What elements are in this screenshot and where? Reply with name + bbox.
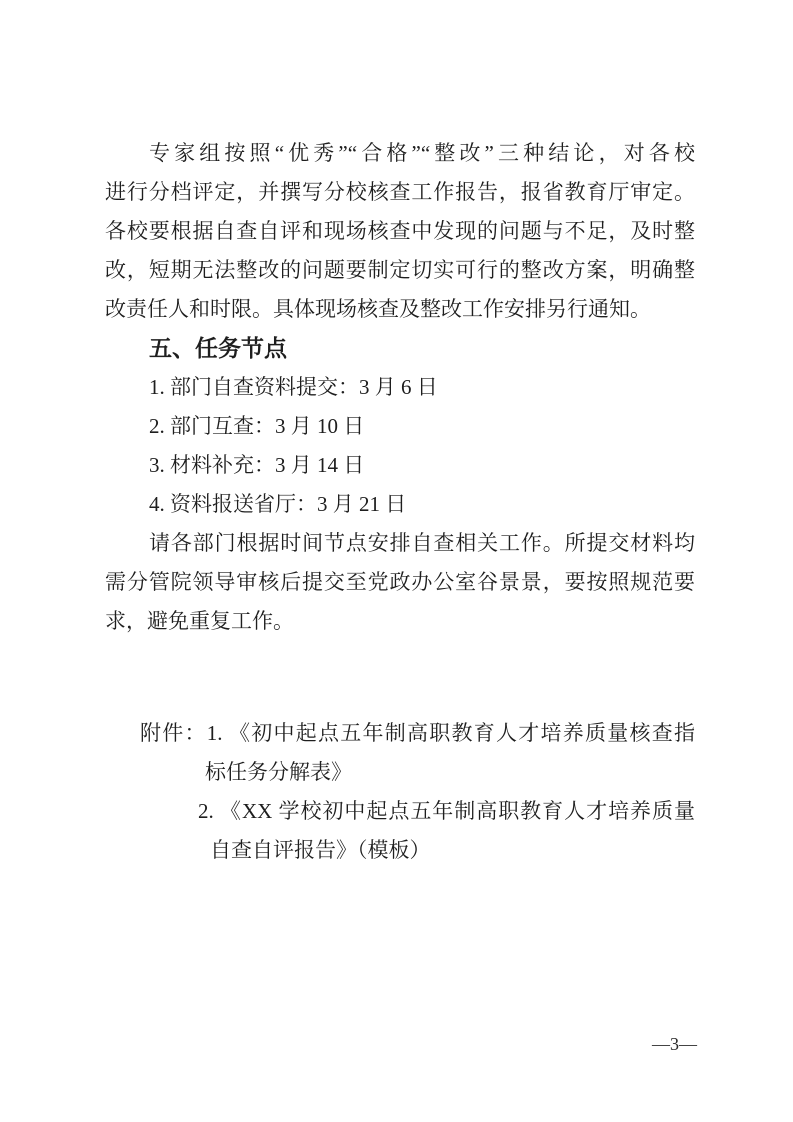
section-heading: 五、任务节点: [105, 329, 695, 368]
paragraph-1-line-3: 各校要根据自查自评和现场核查中发现的问题与不足，及时整: [105, 212, 695, 251]
paragraph-1-line-1: 专家组按照“优秀”“合格”“整改”三种结论，对各校: [105, 134, 695, 173]
paragraph-1-line-4: 改，短期无法整改的问题要制定切实可行的整改方案，明确整: [105, 251, 695, 290]
attachment-line-4: 自查自评报告》（模板）: [105, 831, 695, 870]
attachment-line-2: 标任务分解表》: [105, 753, 695, 792]
page-number: —3—: [652, 1033, 697, 1055]
document-page: 专家组按照“优秀”“合格”“整改”三种结论，对各校 进行分档评定，并撰写分校核查…: [0, 0, 793, 1122]
paragraph-1-line-2: 进行分档评定，并撰写分校核查工作报告，报省教育厅审定。: [105, 173, 695, 212]
paragraph-2-line-2: 需分管院领导审核后提交至党政办公室谷景景，要按照规范要: [105, 563, 695, 602]
task-item-1: 1. 部门自查资料提交：3 月 6 日: [105, 368, 695, 407]
attachment-line-3: 2. 《XX 学校初中起点五年制高职教育人才培养质量: [105, 792, 695, 831]
attachment-line-1: 附件：1. 《初中起点五年制高职教育人才培养质量核查指: [105, 714, 695, 753]
paragraph-1-line-5: 改责任人和时限。具体现场核查及整改工作安排另行通知。: [105, 290, 695, 329]
task-item-3: 3. 材料补充：3 月 14 日: [105, 446, 695, 485]
paragraph-2-line-1: 请各部门根据时间节点安排自查相关工作。所提交材料均: [105, 524, 695, 563]
document-body: 专家组按照“优秀”“合格”“整改”三种结论，对各校 进行分档评定，并撰写分校核查…: [105, 134, 695, 870]
task-item-2: 2. 部门互查：3 月 10 日: [105, 407, 695, 446]
task-item-4: 4. 资料报送省厅：3 月 21 日: [105, 485, 695, 524]
paragraph-2-line-3: 求，避免重复工作。: [105, 602, 695, 641]
